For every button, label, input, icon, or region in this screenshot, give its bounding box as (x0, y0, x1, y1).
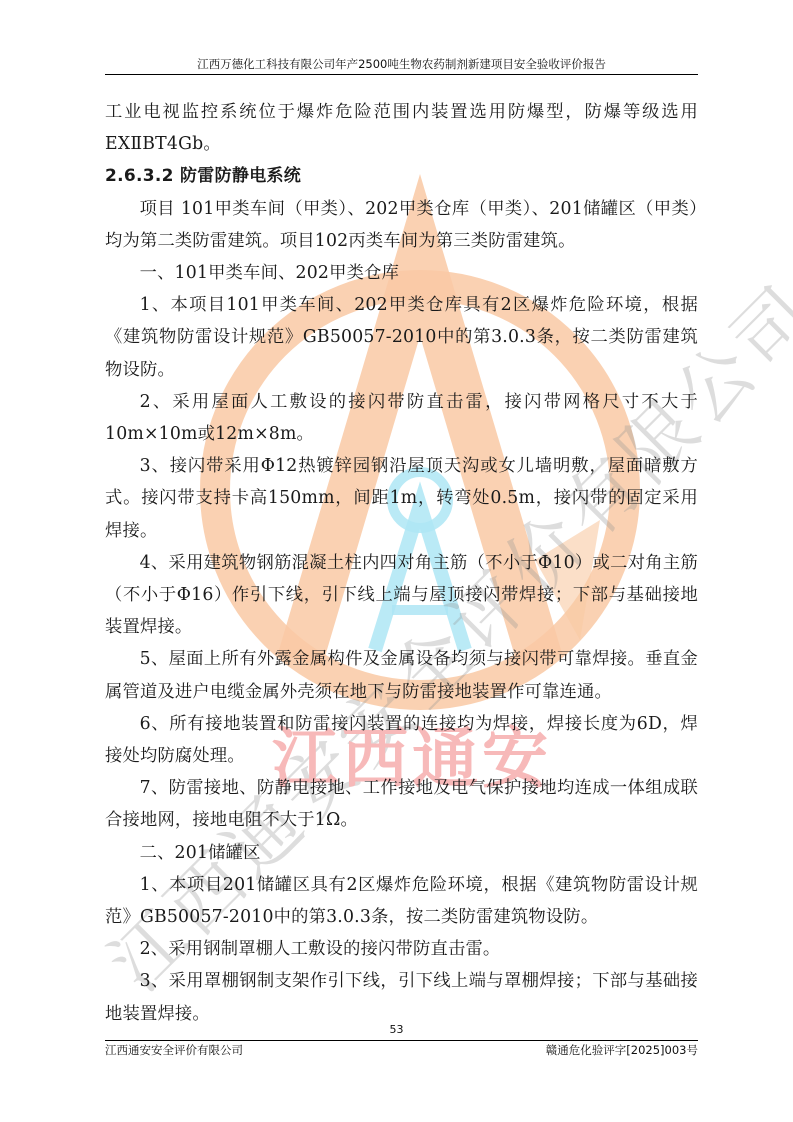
paragraph-explosion-proof-cctv: 工业电视监控系统位于爆炸危险范围内装置选用防爆型，防爆等级选用EXⅡBT4Gb。 (105, 96, 698, 160)
list-item-2: 2、采用屋面人工敷设的接闪带防直击雷，接闪带网格尺寸不大于10m×10m或12m… (105, 386, 698, 450)
list-item-7: 7、防雷接地、防静电接地、工作接地及电气保护接地均连成一体组成联合接地网，接地电… (105, 772, 698, 836)
footer-report-number: 赣通危化验评字[2025]003号 (546, 1042, 698, 1058)
subsection-title-tank-area: 二、201储罐区 (105, 837, 698, 869)
list-item-1: 1、本项目101甲类车间、202甲类仓库具有2区爆炸危险环境，根据《建筑物防雷设… (105, 289, 698, 386)
tank-list-item-3: 3、采用罩棚钢制支架作引下线，引下线上端与罩棚焊接；下部与基础接地装置焊接。 (105, 965, 698, 1029)
page-header: 江西万德化工科技有限公司年产2500吨生物农药制剂新建项目安全验收评价报告 (105, 56, 698, 75)
document-body: 工业电视监控系统位于爆炸危险范围内装置选用防爆型，防爆等级选用EXⅡBT4Gb。… (105, 96, 698, 1030)
list-item-6: 6、所有接地装置和防雷接闪装置的连接均为焊接，焊接长度为6D，焊接处均防腐处理。 (105, 708, 698, 772)
tank-list-item-2: 2、采用钢制罩棚人工敷设的接闪带防直击雷。 (105, 933, 698, 965)
page-footer: 江西通安安全评价有限公司 赣通危化验评字[2025]003号 (105, 1040, 698, 1058)
list-item-3: 3、接闪带采用Φ12热镀锌园钢沿屋顶天沟或女儿墙明敷，屋面暗敷方式。接闪带支持卡… (105, 450, 698, 547)
list-item-4: 4、采用建筑物钢筋混凝土柱内四对角主筋（不小于Φ10）或二对角主筋（不小于Φ16… (105, 547, 698, 644)
subsection-title-workshop-warehouse: 一、101甲类车间、202甲类仓库 (105, 257, 698, 289)
header-title: 江西万德化工科技有限公司年产2500吨生物农药制剂新建项目安全验收评价报告 (197, 57, 606, 71)
section-heading: 2.6.3.2 防雷防静电系统 (105, 160, 698, 192)
document-page: 江西通安安全评价有限公司 江西通安 江西万德化工科技有限公司年产2500吨生物农… (0, 0, 793, 1122)
footer-company: 江西通安安全评价有限公司 (105, 1042, 243, 1058)
paragraph-lightning-classification: 项目 101甲类车间（甲类）、202甲类仓库（甲类）、201储罐区（甲类）均为第… (105, 193, 698, 257)
tank-list-item-1: 1、本项目201储罐区具有2区爆炸危险环境，根据《建筑物防雷设计规范》GB500… (105, 869, 698, 933)
list-item-5: 5、屋面上所有外露金属构件及金属设备均须与接闪带可靠焊接。垂直金属管道及进户电缆… (105, 643, 698, 707)
